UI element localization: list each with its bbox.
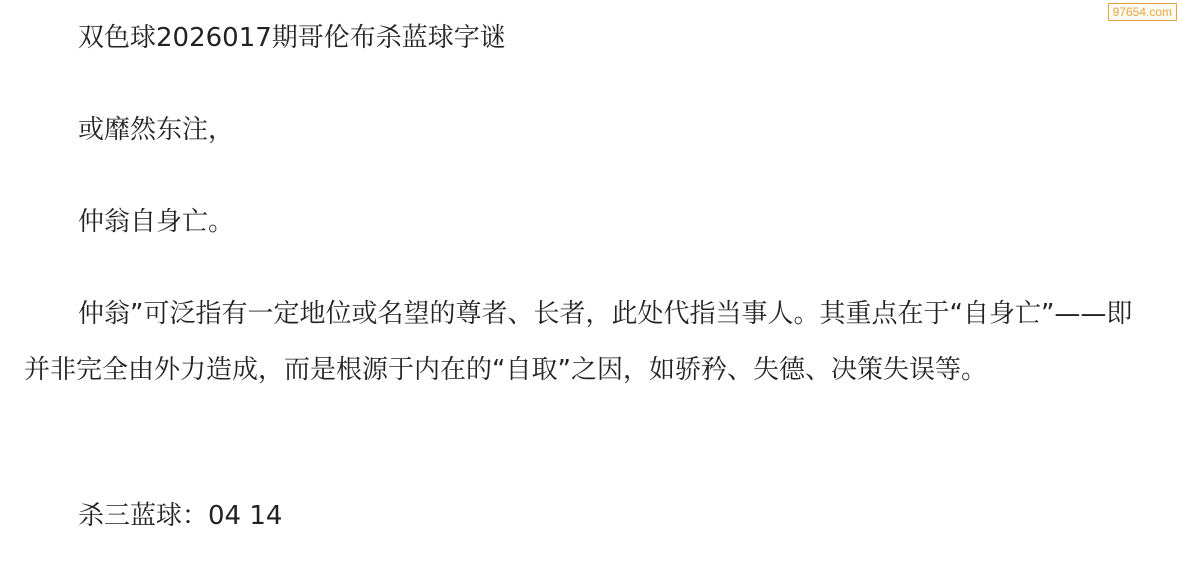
article-title: 双色球2026017期哥伦布杀蓝球字谜 [24, 10, 1154, 66]
riddle-line-1: 或靡然东注， [24, 102, 1154, 158]
riddle-line-2: 仲翁自身亡。 [24, 194, 1154, 250]
riddle-explanation: 仲翁”可泛指有一定地位或名望的尊者、长者，此处代指当事人。其重点在于“自身亡”—… [24, 286, 1144, 398]
kill-label: 杀三蓝球： [78, 501, 208, 531]
kill-blue-balls: 杀三蓝球：04 14 [24, 488, 1154, 544]
kill-numbers: 04 14 [208, 501, 282, 531]
